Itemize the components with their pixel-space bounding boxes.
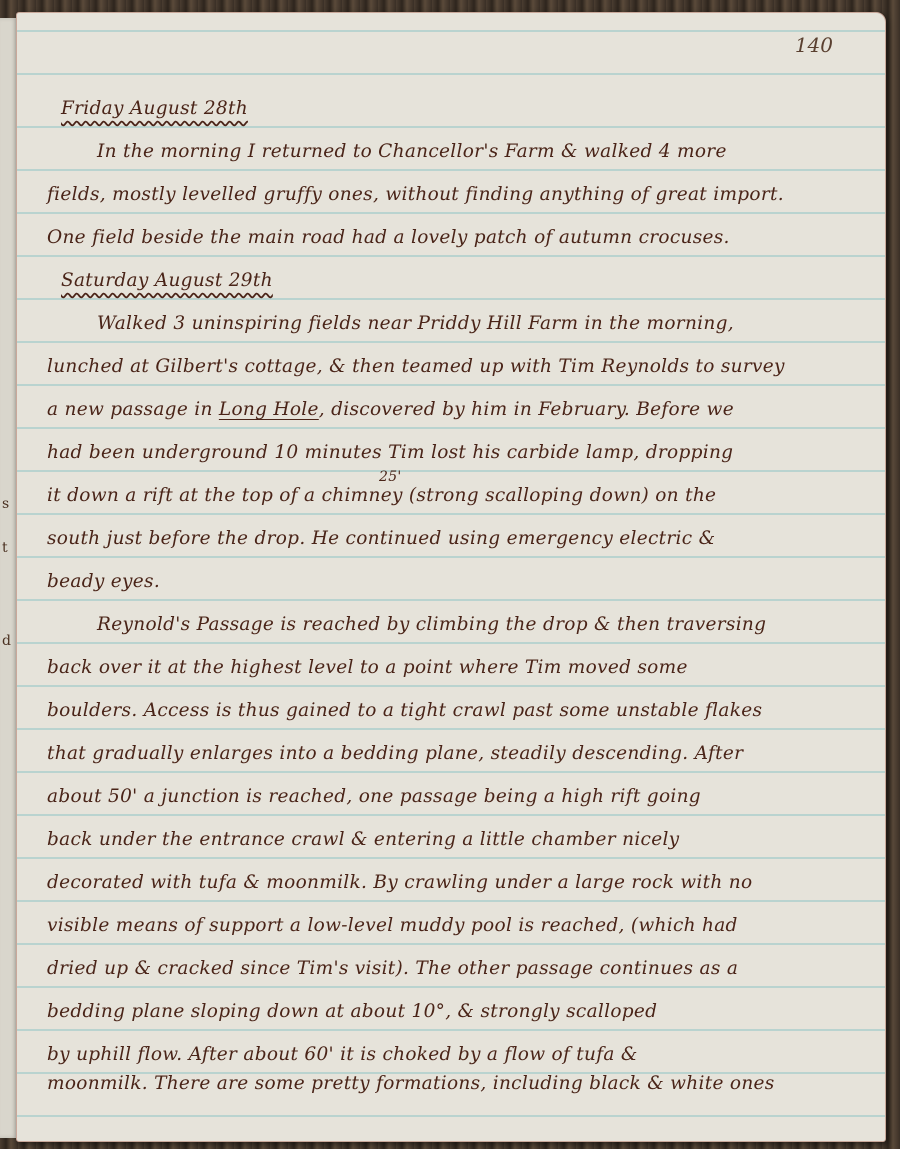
page-number: 140 [795, 33, 833, 57]
text-line: lunched at Gilbert's cottage, & then tea… [47, 345, 867, 388]
text-line: a new passage in Long Hole, discovered b… [47, 388, 867, 431]
text-line: about 50' a junction is reached, one pas… [47, 775, 867, 818]
text-line: back under the entrance crawl & entering… [47, 818, 867, 861]
margin-mark: d [2, 633, 11, 649]
text-line: south just before the drop. He continued… [47, 517, 867, 560]
journal-text: Friday August 28th In the morning I retu… [47, 87, 867, 1105]
text-line: fields, mostly levelled gruffy ones, wit… [47, 173, 867, 216]
text-line: had been underground 10 minutes Tim lost… [47, 431, 867, 474]
photo-scene: s t d 140 Friday August 28th In the morn… [0, 0, 900, 1149]
text-line: One field beside the main road had a lov… [47, 216, 867, 259]
text-line: bedding plane sloping down at about 10°,… [47, 990, 867, 1033]
text-line: boulders. Access is thus gained to a tig… [47, 689, 867, 732]
text-line: In the morning I returned to Chancellor'… [47, 130, 867, 173]
text-line: dried up & cracked since Tim's visit). T… [47, 947, 867, 990]
text-line: visible means of support a low-level mud… [47, 904, 867, 947]
text-line: Reynold's Passage is reached by climbing… [47, 603, 867, 646]
text-line: beady eyes. [47, 560, 867, 603]
text-line: back over it at the highest level to a p… [47, 646, 867, 689]
text-line: decorated with tufa & moonmilk. By crawl… [47, 861, 867, 904]
insertion-note: 25' [379, 470, 402, 484]
text-line: that gradually enlarges into a bedding p… [47, 732, 867, 775]
text-line: 25' it down a rift at the top of a chimn… [47, 474, 867, 517]
text-line: Walked 3 uninspiring fields near Priddy … [47, 302, 867, 345]
margin-mark: s [2, 496, 9, 512]
underlined-cave-name: Long Hole [219, 399, 319, 420]
entry-heading: Saturday August 29th [47, 259, 867, 302]
entry-heading: Friday August 28th [47, 87, 867, 130]
margin-mark: t [2, 540, 8, 556]
text-line: moonmilk. There are some pretty formatio… [47, 1062, 867, 1105]
notebook-page: 140 Friday August 28th In the morning I … [16, 12, 886, 1142]
